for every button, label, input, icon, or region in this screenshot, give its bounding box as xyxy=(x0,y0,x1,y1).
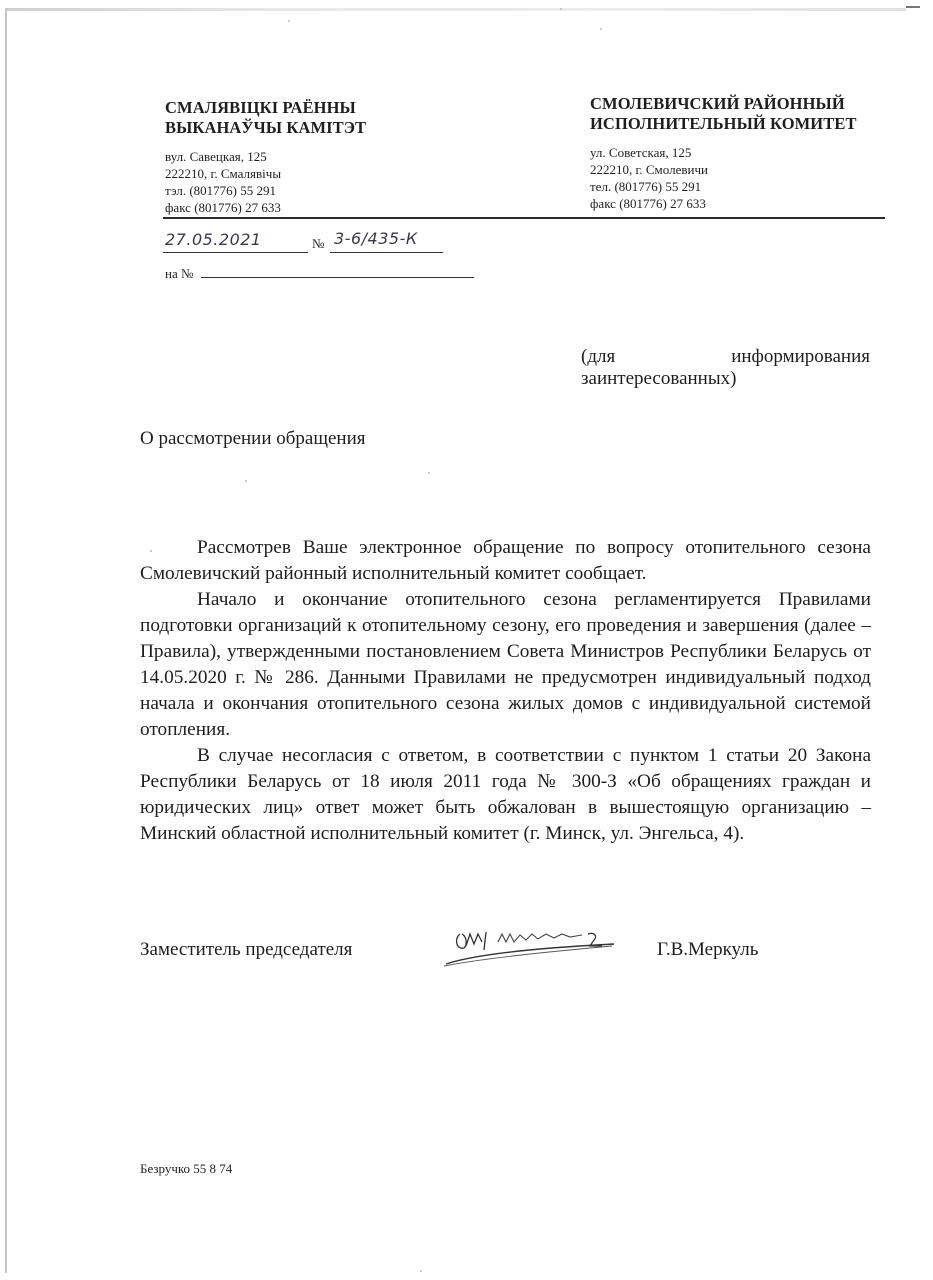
scan-edge-left xyxy=(5,8,7,1273)
body-paragraph: Рассмотрев Ваше электронное обращение по… xyxy=(140,535,871,587)
phone: тел. (801776) 55 291 xyxy=(590,178,857,195)
registration-number-field: 3-6/435-К xyxy=(330,232,443,253)
org-name-line1: СМОЛЕВИЧСКИЙ РАЙОННЫЙ xyxy=(590,94,857,114)
org-name-line2: ВЫКАНАЎЧЫ КАМІТЭТ xyxy=(165,118,366,138)
org-name-line2: ИСПОЛНИТЕЛЬНЫЙ КОМИТЕТ xyxy=(590,114,857,134)
scan-mark xyxy=(906,6,920,8)
reference-label: на № xyxy=(165,266,193,282)
reference-line xyxy=(201,277,474,278)
org-name-russian: СМОЛЕВИЧСКИЙ РАЙОННЫЙ ИСПОЛНИТЕЛЬНЫЙ КОМ… xyxy=(590,94,857,134)
registration-number: 3-6/435-К xyxy=(334,229,418,248)
scan-edge-top xyxy=(6,8,906,11)
org-name-belarusian: СМАЛЯВІЦКІ РАЁННЫ ВЫКАНАЎЧЫ КАМІТЭТ xyxy=(165,98,366,138)
scan-speck xyxy=(288,20,290,22)
postal-city: 222210, г. Смолевичи xyxy=(590,161,857,178)
letter-body: Рассмотрев Ваше электронное обращение по… xyxy=(140,535,871,847)
signatory-title: Заместитель председателя xyxy=(140,939,352,961)
fax: факс (801776) 27 633 xyxy=(165,199,366,216)
addressee-line2: заинтересованных) xyxy=(581,368,870,390)
scan-speck xyxy=(245,480,247,482)
executor-note: Безручко 55 8 74 xyxy=(140,1161,232,1177)
scan-speck xyxy=(428,472,430,474)
scan-speck xyxy=(420,1270,422,1272)
letterhead-divider xyxy=(163,217,885,219)
addressee-word: (для xyxy=(581,346,615,368)
registration-date: 27.05.2021 xyxy=(165,230,262,249)
addressee-word: информирования xyxy=(731,346,870,368)
fax: факс (801776) 27 633 xyxy=(590,195,857,212)
org-contacts-belarusian: вул. Савецкая, 125 222210, г. Смалявічы … xyxy=(165,148,366,216)
letterhead-russian: СМОЛЕВИЧСКИЙ РАЙОННЫЙ ИСПОЛНИТЕЛЬНЫЙ КОМ… xyxy=(590,94,857,212)
scan-speck xyxy=(150,550,152,552)
body-paragraph: Начало и окончание отопительного сезона … xyxy=(140,587,871,743)
street-address: ул. Советская, 125 xyxy=(590,144,857,161)
handwritten-signature-icon xyxy=(436,924,646,969)
addressee: (для информирования заинтересованных) xyxy=(581,346,870,390)
registration-number-label: № xyxy=(312,236,324,252)
body-paragraph: В случае несогласия с ответом, в соответ… xyxy=(140,743,871,847)
phone: тэл. (801776) 55 291 xyxy=(165,182,366,199)
signatory-name: Г.В.Меркуль xyxy=(657,939,758,961)
postal-city: 222210, г. Смалявічы xyxy=(165,165,366,182)
street-address: вул. Савецкая, 125 xyxy=(165,148,366,165)
scan-speck xyxy=(600,28,602,30)
org-contacts-russian: ул. Советская, 125 222210, г. Смолевичи … xyxy=(590,144,857,212)
letter-subject: О рассмотрении обращения xyxy=(140,428,366,450)
registration-date-field: 27.05.2021 xyxy=(163,232,308,253)
scan-speck xyxy=(560,8,562,10)
org-name-line1: СМАЛЯВІЦКІ РАЁННЫ xyxy=(165,98,366,118)
letterhead-belarusian: СМАЛЯВІЦКІ РАЁННЫ ВЫКАНАЎЧЫ КАМІТЭТ вул.… xyxy=(165,98,366,216)
